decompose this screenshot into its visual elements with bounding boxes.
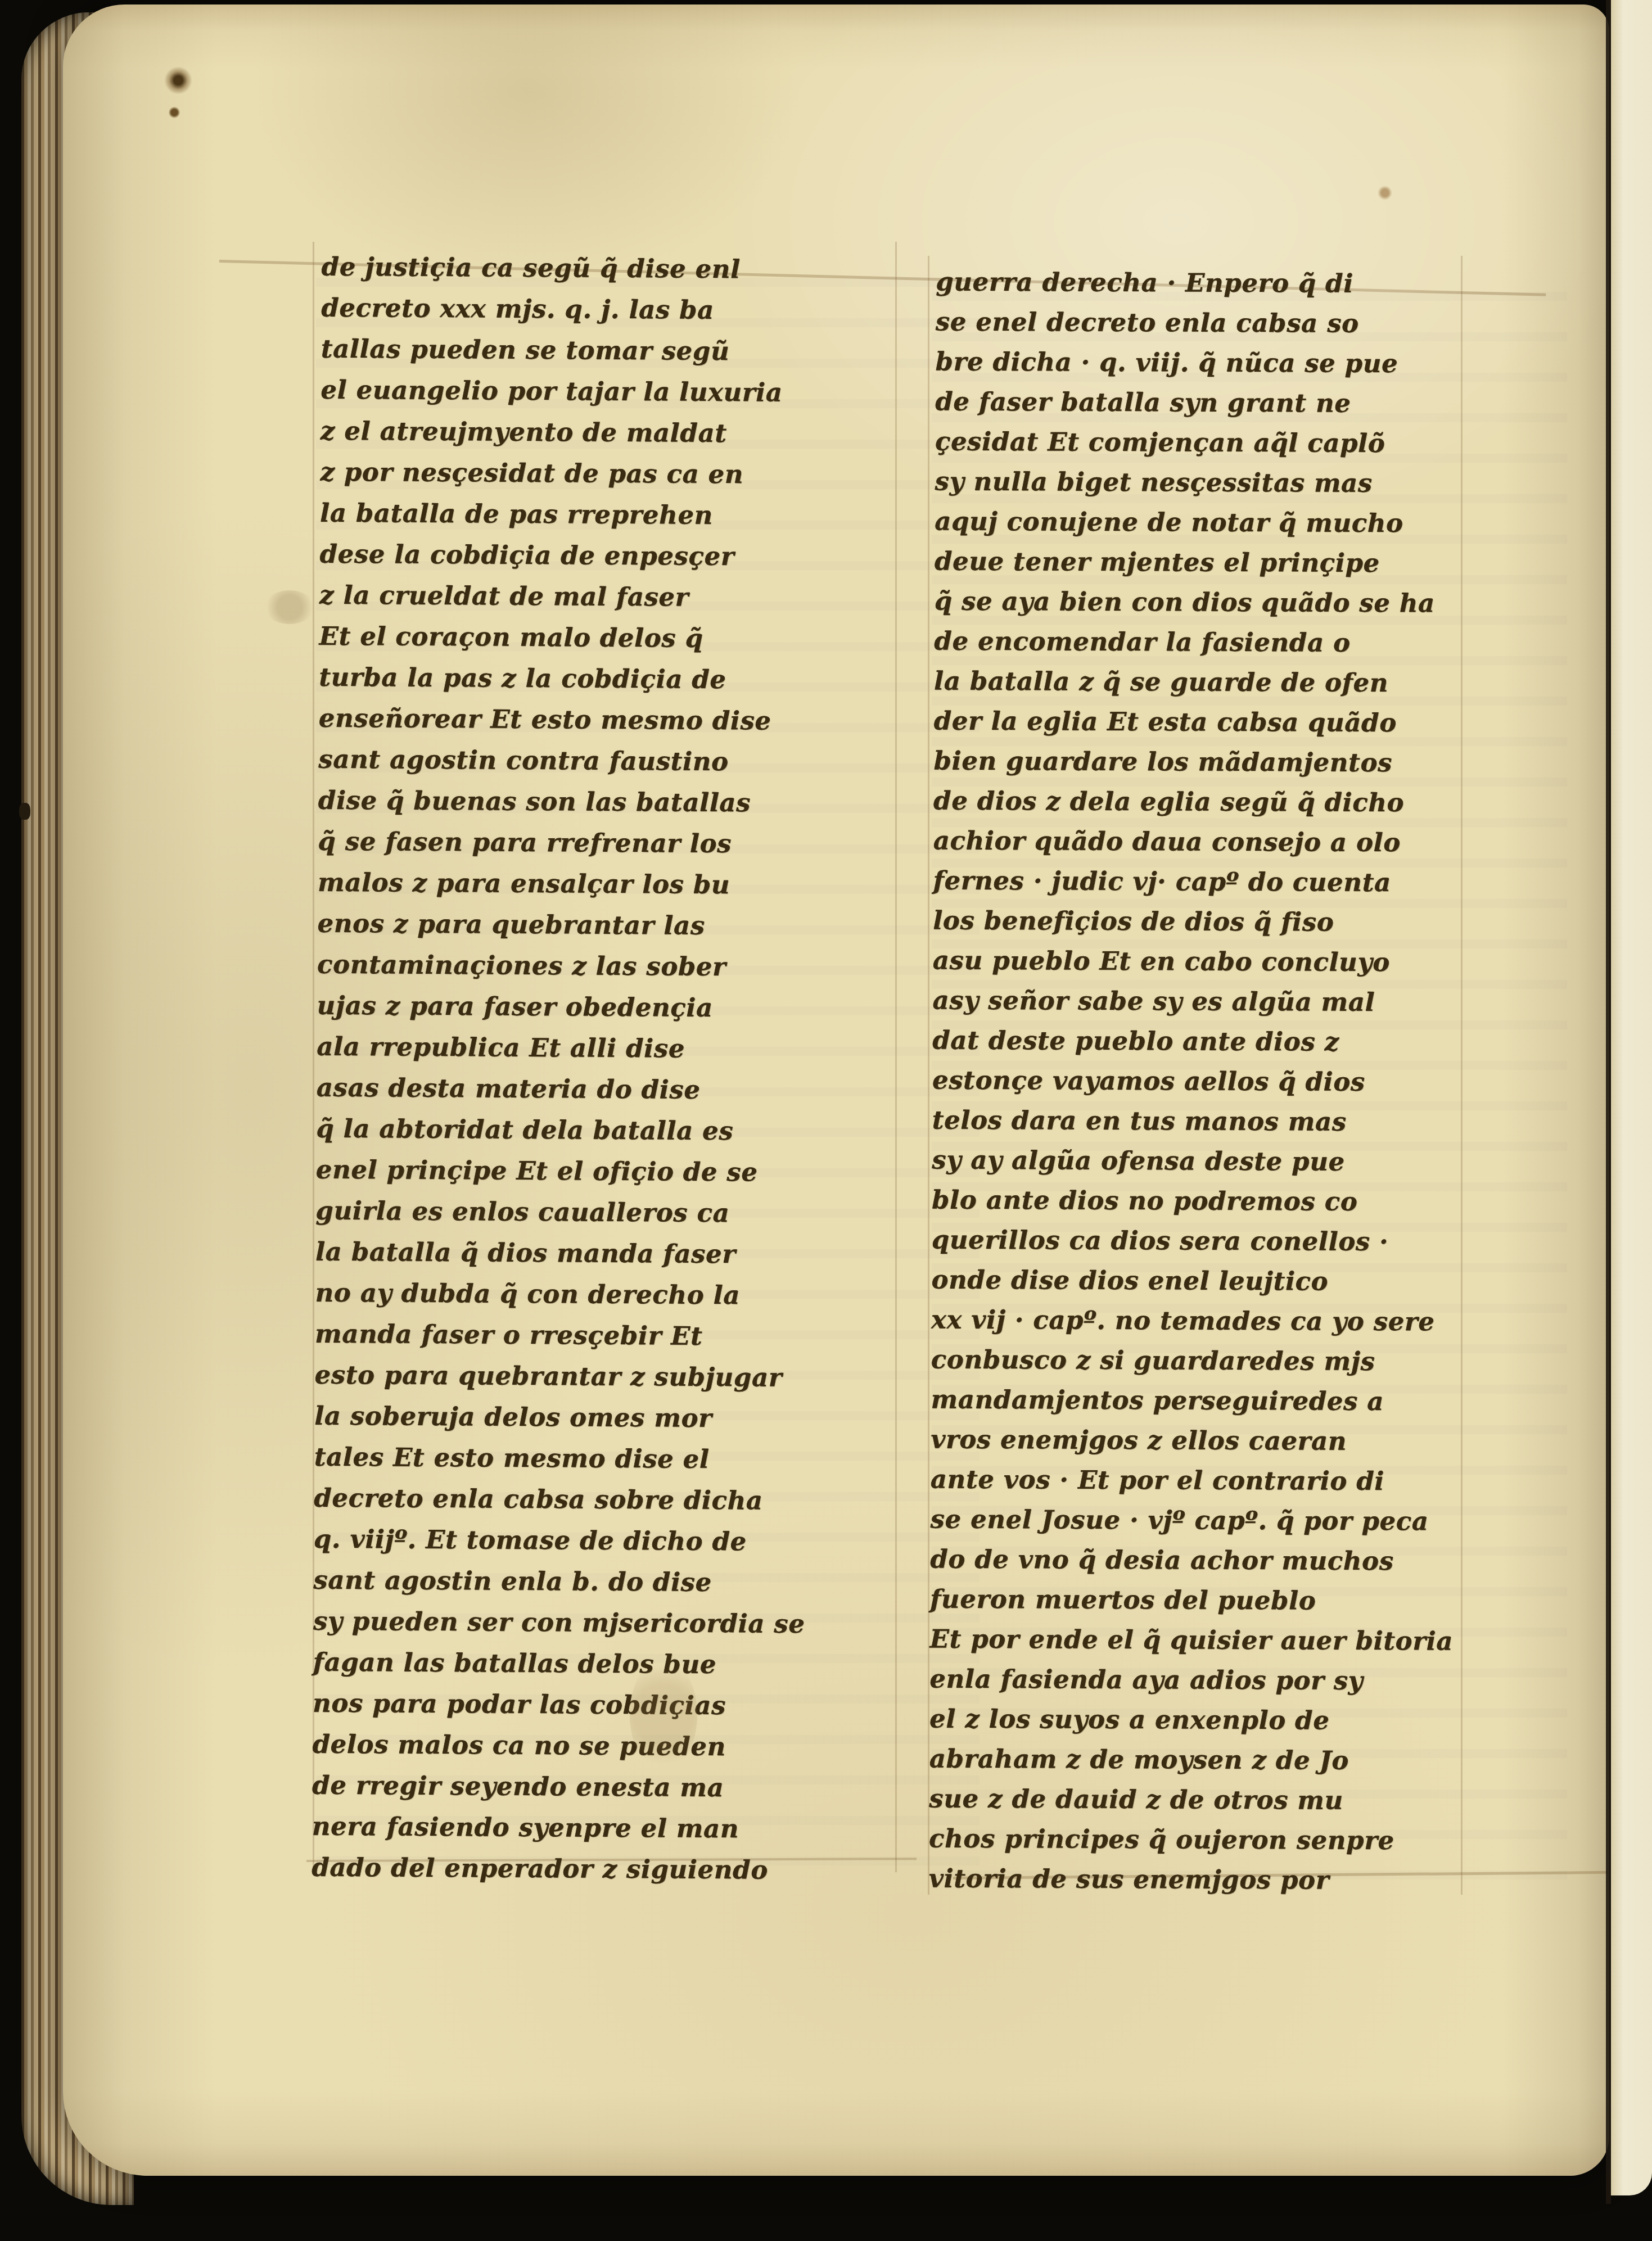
parchment-stain xyxy=(630,1659,697,1771)
adjacent-folio-edge xyxy=(1611,0,1652,2195)
parchment-speck xyxy=(1378,186,1392,200)
page-gutter-shadow xyxy=(1606,0,1611,2204)
margin-ink-mark xyxy=(19,803,30,820)
ink-speck xyxy=(169,107,180,118)
text-column-right: guerra derecha · Enpero q̃ di se enel de… xyxy=(929,262,1563,1901)
text-column-left: de justiçia ca segũ q̃ dise enl decreto … xyxy=(312,246,935,1892)
ink-stain xyxy=(164,66,192,94)
parchment-stain xyxy=(264,590,315,624)
manuscript-page: de justiçia ca segũ q̃ dise enl decreto … xyxy=(63,4,1609,2176)
photo-backdrop: de justiçia ca segũ q̃ dise enl decreto … xyxy=(0,0,1652,2241)
